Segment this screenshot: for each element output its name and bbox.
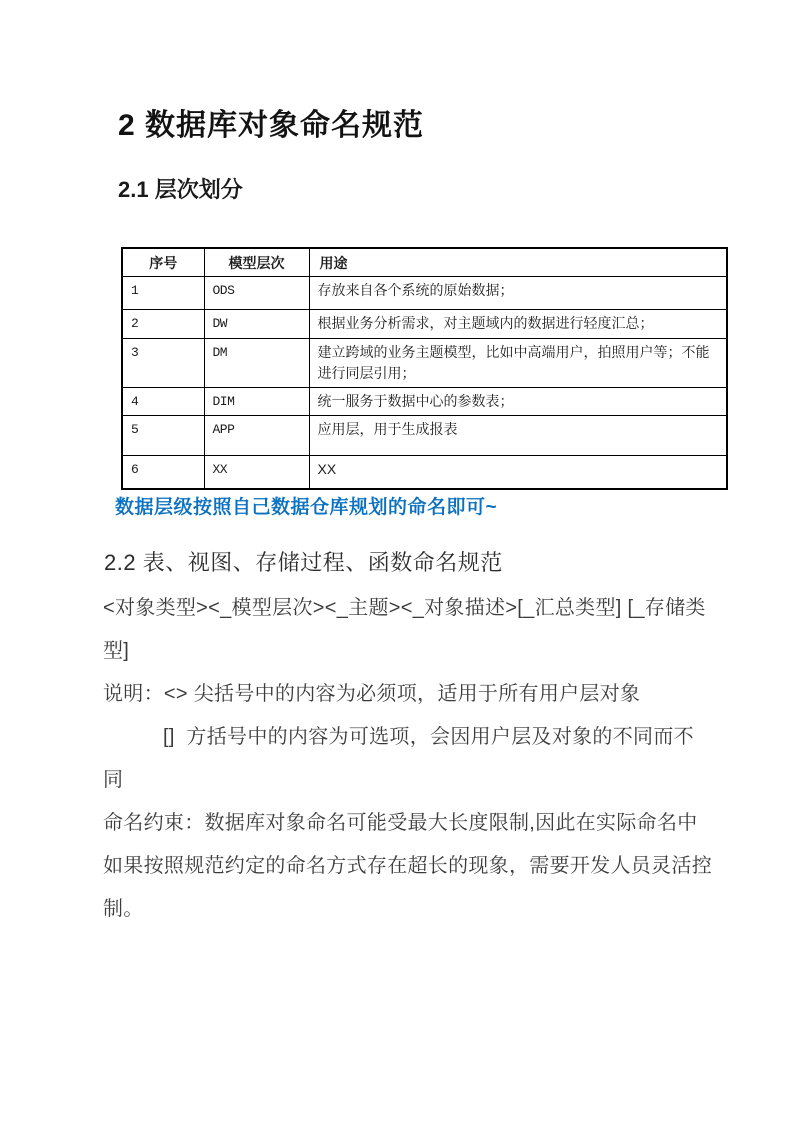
body-line: 同 [103,759,713,802]
cell-usage: 建立跨域的业务主题模型，比如中高端用户，拍照用户等；不能进行同层引用； [309,339,727,388]
body-line: 如果按照规范约定的命名方式存在超长的现象，需要开发人员灵活控 [103,845,713,888]
cell-layer: DW [204,310,309,339]
cell-no: 4 [122,388,204,416]
cell-layer: ODS [204,277,309,310]
table-row: 3 DM 建立跨域的业务主题模型，比如中高端用户，拍照用户等；不能进行同层引用； [122,339,727,388]
body-paragraphs: <对象类型><_模型层次><_主题><_对象描述>[_汇总类型] [_存储类 型… [103,587,713,931]
section-heading-2-2: 2.2 表、视图、存储过程、函数命名规范 [104,546,503,577]
page-title: 2 数据库对象命名规范 [118,100,424,144]
cell-usage: 应用层，用于生成报表 [309,416,727,456]
section-heading-2-1: 2.1 层次划分 [118,173,243,204]
cell-layer: APP [204,416,309,456]
table-row: 5 APP 应用层，用于生成报表 [122,416,727,456]
cell-no: 1 [122,277,204,310]
table-row: 4 DIM 统一服务于数据中心的参数表； [122,388,727,416]
model-layer-table: 序号 模型层次 用途 1 ODS 存放来自各个系统的原始数据； 2 DW 根据业… [121,247,728,490]
body-line: 制。 [103,888,713,931]
table-header-usage: 用途 [309,248,727,277]
table-row: 1 ODS 存放来自各个系统的原始数据； [122,277,727,310]
table-header-layer: 模型层次 [204,248,309,277]
body-line: 命名约束：数据库对象命名可能受最大长度限制,因此在实际命名中 [103,802,713,845]
body-line: <对象类型><_模型层次><_主题><_对象描述>[_汇总类型] [_存储类 [103,587,713,630]
cell-usage: XX [309,456,727,489]
table-header-row: 序号 模型层次 用途 [122,248,727,277]
cell-no: 3 [122,339,204,388]
cell-usage: 存放来自各个系统的原始数据； [309,277,727,310]
cell-no: 6 [122,456,204,489]
cell-usage: 统一服务于数据中心的参数表； [309,388,727,416]
document-page: 2 数据库对象命名规范 2.1 层次划分 序号 模型层次 用途 1 ODS 存放… [0,0,793,1122]
body-line: 说明：<> 尖括号中的内容为必须项，适用于所有用户层对象 [103,673,713,716]
table-row: 2 DW 根据业务分析需求，对主题域内的数据进行轻度汇总； [122,310,727,339]
cell-layer: DM [204,339,309,388]
cell-layer: XX [204,456,309,489]
table-header-no: 序号 [122,248,204,277]
body-line: [] 方括号中的内容为可选项，会因用户层及对象的不同而不 [103,716,713,759]
body-line: 型] [103,630,713,673]
cell-usage: 根据业务分析需求，对主题域内的数据进行轻度汇总； [309,310,727,339]
cell-layer: DIM [204,388,309,416]
cell-no: 2 [122,310,204,339]
note-text: 数据层级按照自己数据仓库规划的命名即可~ [115,492,497,519]
cell-no: 5 [122,416,204,456]
table-row: 6 XX XX [122,456,727,489]
